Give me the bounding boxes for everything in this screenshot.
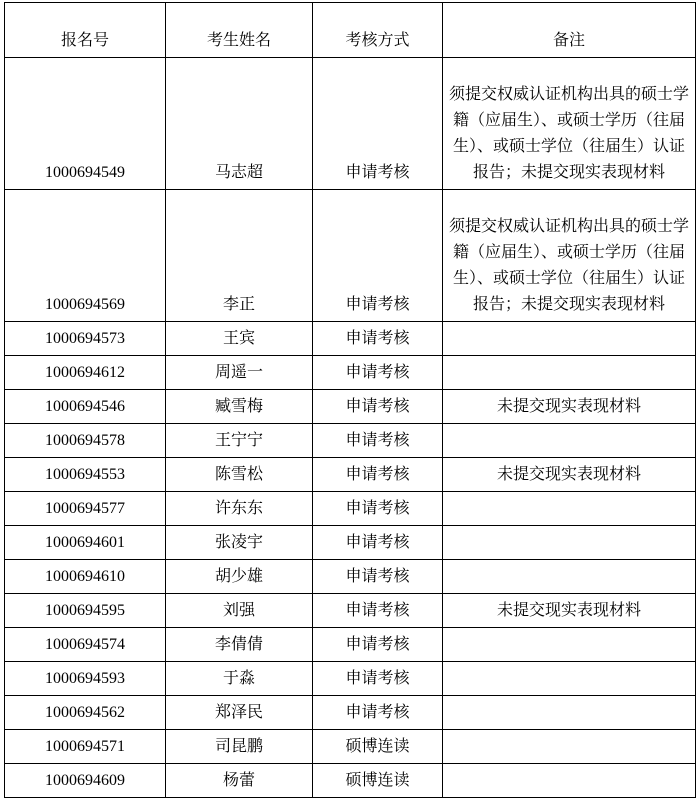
- table-row: 1000694612周遥一申请考核: [5, 356, 696, 390]
- table-row: 1000694553陈雪松申请考核未提交现实表现材料: [5, 458, 696, 492]
- cell-registration-number: 1000694578: [5, 424, 166, 458]
- cell-registration-number: 1000694601: [5, 526, 166, 560]
- cell-assessment-method: 申请考核: [313, 190, 443, 322]
- table-row: 1000694593于淼申请考核: [5, 662, 696, 696]
- header-registration-number: 报名号: [5, 3, 166, 58]
- cell-remark: 未提交现实表现材料: [443, 390, 696, 424]
- cell-assessment-method: 申请考核: [313, 322, 443, 356]
- cell-registration-number: 1000694573: [5, 322, 166, 356]
- cell-remark: [443, 424, 696, 458]
- table-row: 1000694573王宾申请考核: [5, 322, 696, 356]
- cell-assessment-method: 申请考核: [313, 662, 443, 696]
- cell-assessment-method: 硕博连读: [313, 730, 443, 764]
- cell-registration-number: 1000694574: [5, 628, 166, 662]
- table-row: 1000694546臧雪梅申请考核未提交现实表现材料: [5, 390, 696, 424]
- cell-remark: [443, 356, 696, 390]
- table-row: 1000694574李倩倩申请考核: [5, 628, 696, 662]
- cell-candidate-name: 张凌宇: [166, 526, 313, 560]
- cell-candidate-name: 王宁宁: [166, 424, 313, 458]
- cell-registration-number: 1000694609: [5, 764, 166, 798]
- cell-remark: [443, 696, 696, 730]
- cell-registration-number: 1000694553: [5, 458, 166, 492]
- cell-assessment-method: 申请考核: [313, 560, 443, 594]
- cell-assessment-method: 申请考核: [313, 458, 443, 492]
- cell-remark: [443, 730, 696, 764]
- cell-candidate-name: 司昆鹏: [166, 730, 313, 764]
- cell-remark: [443, 628, 696, 662]
- candidate-roster-table: 报名号 考生姓名 考核方式 备注 1000694549马志超申请考核须提交权威认…: [4, 2, 696, 798]
- cell-remark: 须提交权威认证机构出具的硕士学籍（应届生）、或硕士学历（往届生）、或硕士学位（往…: [443, 190, 696, 322]
- cell-assessment-method: 申请考核: [313, 390, 443, 424]
- cell-candidate-name: 李倩倩: [166, 628, 313, 662]
- cell-assessment-method: 申请考核: [313, 526, 443, 560]
- table-row: 1000694610胡少雄申请考核: [5, 560, 696, 594]
- table-row: 1000694571司昆鹏硕博连读: [5, 730, 696, 764]
- cell-assessment-method: 硕博连读: [313, 764, 443, 798]
- table-row: 1000694569李正申请考核须提交权威认证机构出具的硕士学籍（应届生）、或硕…: [5, 190, 696, 322]
- cell-registration-number: 1000694562: [5, 696, 166, 730]
- cell-candidate-name: 李正: [166, 190, 313, 322]
- cell-registration-number: 1000694610: [5, 560, 166, 594]
- cell-registration-number: 1000694593: [5, 662, 166, 696]
- candidate-roster-sheet: 报名号 考生姓名 考核方式 备注 1000694549马志超申请考核须提交权威认…: [0, 0, 699, 802]
- header-remark: 备注: [443, 3, 696, 58]
- cell-registration-number: 1000694549: [5, 58, 166, 190]
- cell-remark: [443, 764, 696, 798]
- cell-remark: 须提交权威认证机构出具的硕士学籍（应届生）、或硕士学历（往届生）、或硕士学位（往…: [443, 58, 696, 190]
- cell-assessment-method: 申请考核: [313, 628, 443, 662]
- cell-registration-number: 1000694571: [5, 730, 166, 764]
- cell-registration-number: 1000694546: [5, 390, 166, 424]
- cell-assessment-method: 申请考核: [313, 492, 443, 526]
- cell-assessment-method: 申请考核: [313, 696, 443, 730]
- cell-candidate-name: 王宾: [166, 322, 313, 356]
- table-row: 1000694562郑泽民申请考核: [5, 696, 696, 730]
- cell-remark: 未提交现实表现材料: [443, 594, 696, 628]
- cell-candidate-name: 臧雪梅: [166, 390, 313, 424]
- table-row: 1000694549马志超申请考核须提交权威认证机构出具的硕士学籍（应届生）、或…: [5, 58, 696, 190]
- cell-candidate-name: 马志超: [166, 58, 313, 190]
- table-row: 1000694609杨蕾硕博连读: [5, 764, 696, 798]
- cell-registration-number: 1000694577: [5, 492, 166, 526]
- cell-remark: [443, 662, 696, 696]
- cell-candidate-name: 周遥一: [166, 356, 313, 390]
- table-row: 1000694578王宁宁申请考核: [5, 424, 696, 458]
- table-row: 1000694577许东东申请考核: [5, 492, 696, 526]
- table-row: 1000694601张凌宇申请考核: [5, 526, 696, 560]
- cell-remark: 未提交现实表现材料: [443, 458, 696, 492]
- cell-candidate-name: 杨蕾: [166, 764, 313, 798]
- cell-remark: [443, 322, 696, 356]
- header-assessment-method: 考核方式: [313, 3, 443, 58]
- cell-remark: [443, 526, 696, 560]
- cell-candidate-name: 陈雪松: [166, 458, 313, 492]
- cell-assessment-method: 申请考核: [313, 356, 443, 390]
- cell-registration-number: 1000694612: [5, 356, 166, 390]
- table-header-row: 报名号 考生姓名 考核方式 备注: [5, 3, 696, 58]
- cell-registration-number: 1000694595: [5, 594, 166, 628]
- cell-candidate-name: 郑泽民: [166, 696, 313, 730]
- cell-candidate-name: 胡少雄: [166, 560, 313, 594]
- cell-candidate-name: 刘强: [166, 594, 313, 628]
- cell-assessment-method: 申请考核: [313, 424, 443, 458]
- cell-remark: [443, 492, 696, 526]
- cell-remark: [443, 560, 696, 594]
- cell-registration-number: 1000694569: [5, 190, 166, 322]
- cell-candidate-name: 许东东: [166, 492, 313, 526]
- cell-candidate-name: 于淼: [166, 662, 313, 696]
- header-candidate-name: 考生姓名: [166, 3, 313, 58]
- cell-assessment-method: 申请考核: [313, 594, 443, 628]
- cell-assessment-method: 申请考核: [313, 58, 443, 190]
- table-row: 1000694595刘强申请考核未提交现实表现材料: [5, 594, 696, 628]
